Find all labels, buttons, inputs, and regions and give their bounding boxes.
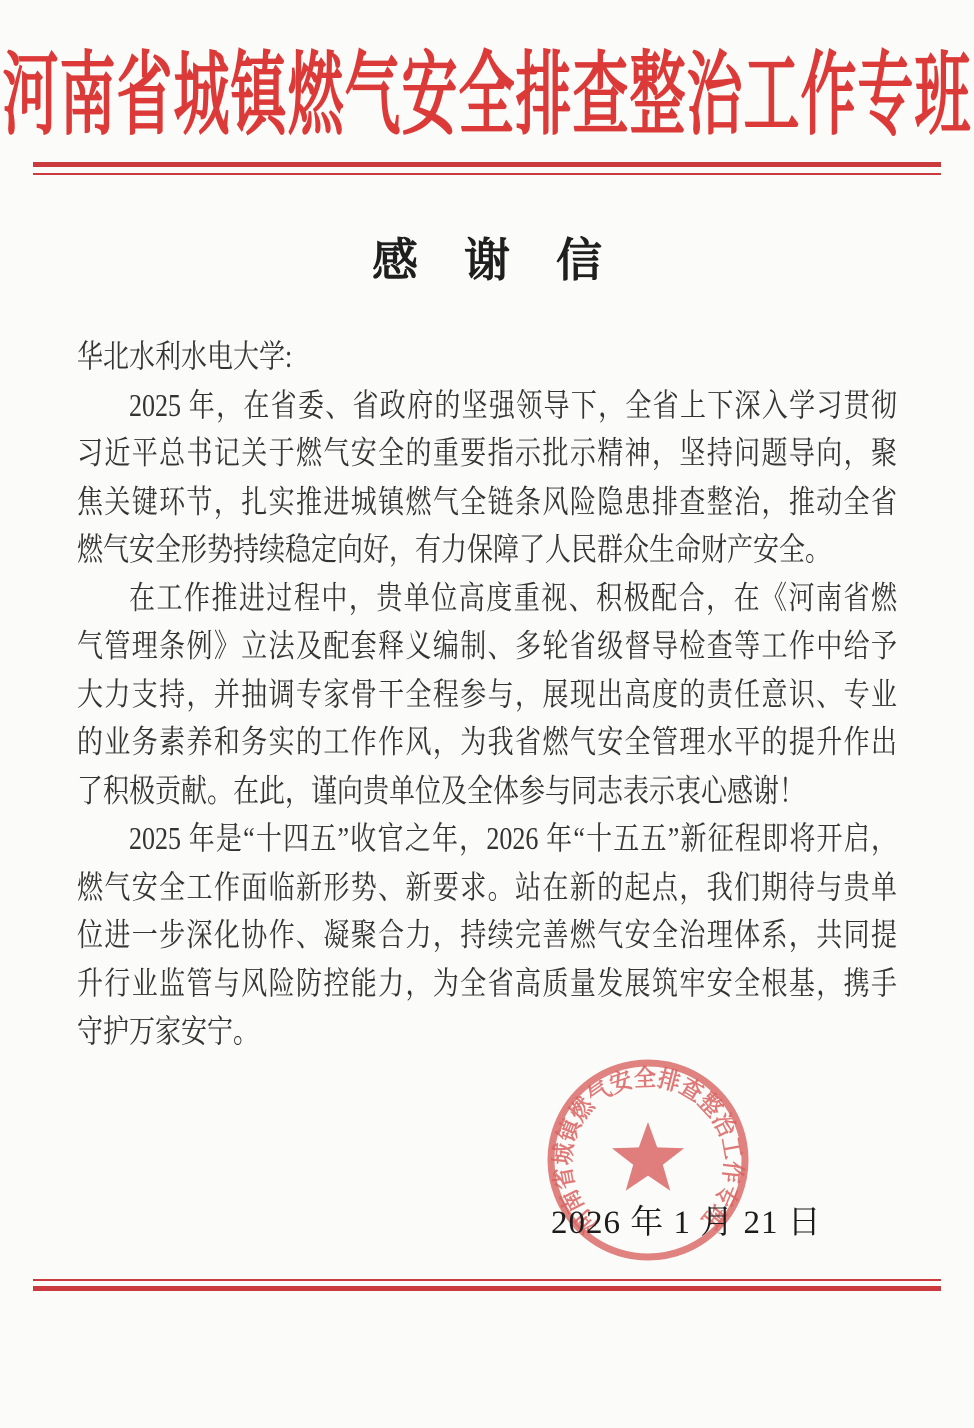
letter-line: 在工作推进过程中，贵单位高度重视、积极配合，在《河南省燃 bbox=[77, 574, 897, 622]
bottom-rule-thick-line bbox=[33, 1286, 941, 1291]
letter-line: 位进一步深化协作、凝聚合力，持续完善燃气安全治理体系，共同提 bbox=[77, 911, 897, 959]
letter-line: 升行业监管与风险防控能力，为全省高质量发展筑牢安全根基，携手 bbox=[77, 959, 897, 1007]
letter-body: 华北水利水电大学: 2025 年，在省委、省政府的坚强领导下，全省上下深入学习贯… bbox=[77, 333, 897, 1056]
letter-page: 河南省城镇燃气安全排查整治工作专班 感谢信 华北水利水电大学: 2025 年，在… bbox=[0, 0, 974, 1428]
letter-line: 习近平总书记关于燃气安全的重要指示批示精神，坚持问题导向，聚 bbox=[77, 429, 897, 477]
letter-line: 守护万家安宁。 bbox=[77, 1008, 897, 1056]
bottom-rule bbox=[33, 1279, 941, 1291]
letter-line: 燃气安全形势持续稳定向好，有力保障了人民群众生命财产安全。 bbox=[77, 526, 897, 574]
salutation: 华北水利水电大学: bbox=[77, 333, 897, 381]
letterhead-title: 河南省城镇燃气安全排查整治工作专班 bbox=[0, 24, 974, 104]
top-rule bbox=[33, 162, 941, 175]
letter-line: 2025 年，在省委、省政府的坚强领导下，全省上下深入学习贯彻 bbox=[77, 381, 897, 429]
document-title: 感谢信 bbox=[0, 224, 974, 290]
letter-line: 了积极贡献。在此，谨向贵单位及全体参与同志表示衷心感谢！ bbox=[77, 767, 897, 815]
date-line: 2026 年 1 月 21 日 bbox=[551, 1196, 822, 1243]
letterhead-text: 河南省城镇燃气安全排查整治工作专班 bbox=[3, 24, 972, 154]
letter-line: 大力支持，并抽调专家骨干全程参与，展现出高度的责任意识、专业 bbox=[77, 670, 897, 718]
top-rule-thin-line bbox=[33, 173, 941, 175]
seal-star-icon bbox=[612, 1122, 684, 1191]
letter-line: 焦关键环节，扎实推进城镇燃气全链条风险隐患排查整治，推动全省 bbox=[77, 478, 897, 526]
letter-line: 燃气安全工作面临新形势、新要求。站在新的起点，我们期待与贵单 bbox=[77, 863, 897, 911]
letter-line: 气管理条例》立法及配套释义编制、多轮省级督导检查等工作中给予 bbox=[77, 622, 897, 670]
letter-line: 2025 年是“十四五”收官之年，2026 年“十五五”新征程即将开启， bbox=[77, 815, 897, 863]
letter-line: 的业务素养和务实的工作作风，为我省燃气安全管理水平的提升作出 bbox=[77, 719, 897, 767]
bottom-rule-thin-line bbox=[33, 1279, 941, 1281]
top-rule-thick-line bbox=[33, 162, 941, 167]
